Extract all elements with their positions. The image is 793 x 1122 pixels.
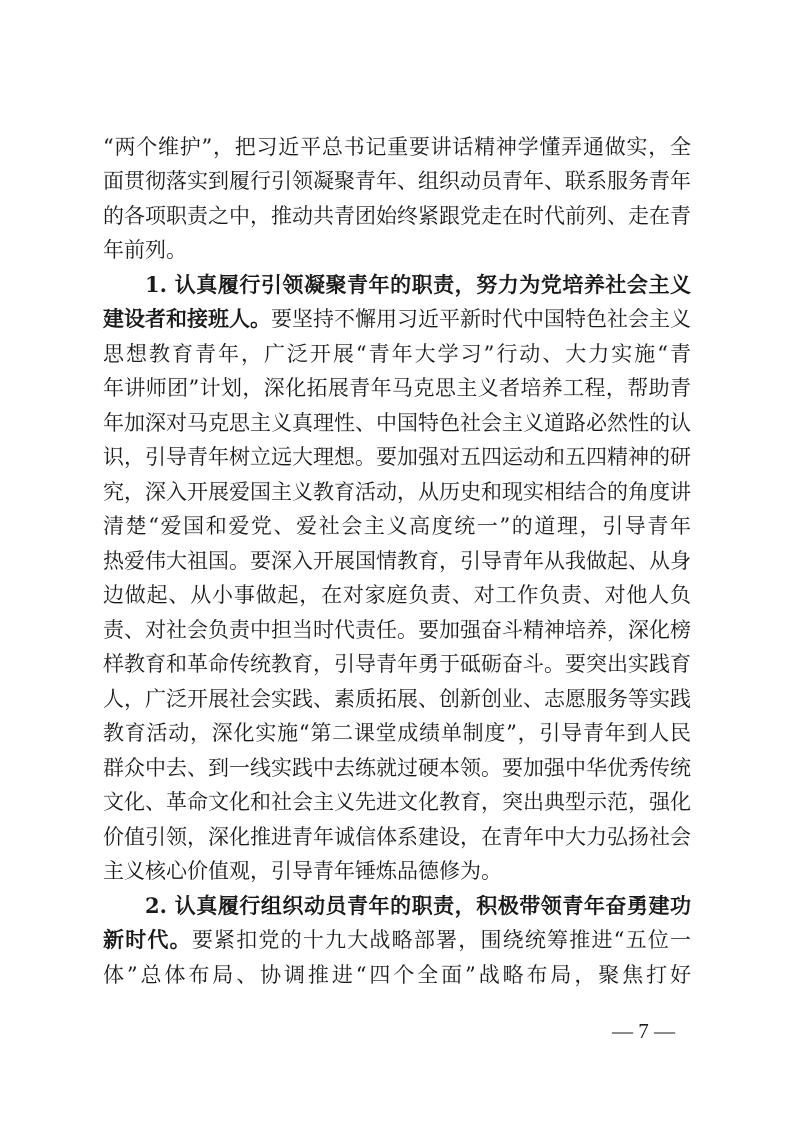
section-heading: 建设者和接班人。 bbox=[103, 306, 271, 331]
text-line: 识，引导青年树立远大理想。要加强对五四运动和五四精神的研 bbox=[103, 440, 691, 474]
text-line: 思想教育青年，广泛开展“青年大学习”行动、大力实施“青 bbox=[103, 337, 691, 371]
line-text: “两个维护”，把习近平总书记重要讲话精神学懂弄通做实，全 bbox=[103, 135, 691, 159]
text-line: 边做起、从小事做起，在对家庭负责、对工作负责、对他人负 bbox=[103, 578, 691, 612]
line-text: 面贯彻落实到履行引领凝聚青年、组织动员青年、联系服务青年 bbox=[103, 169, 691, 193]
line-text: 识，引导青年树立远大理想。要加强对五四运动和五四精神的研 bbox=[103, 445, 691, 469]
line-text: 究，深入开展爱国主义教育活动，从历史和现实相结合的角度讲 bbox=[103, 480, 691, 504]
text-line: 主义核心价值观，引导青年锤炼品德修为。 bbox=[103, 854, 691, 888]
page-number: — 7 — bbox=[612, 1016, 675, 1046]
line-text: 要坚持不懈用习近平新时代中国特色社会主义 bbox=[271, 307, 691, 331]
text-line: 年前列。 bbox=[103, 233, 691, 267]
text-line: 样教育和革命传统教育，引导青年勇于砥砺奋斗。要突出实践育 bbox=[103, 647, 691, 681]
text-line: 建设者和接班人。要坚持不懈用习近平新时代中国特色社会主义 bbox=[103, 302, 691, 336]
text-line: 的各项职责之中，推动共青团始终紧跟党走在时代前列、走在青 bbox=[103, 199, 691, 233]
line-text: 热爱伟大祖国。要深入开展国情教育，引导青年从我做起、从身 bbox=[103, 549, 691, 573]
line-text: 价值引领，深化推进青年诚信体系建设，在青年中大力弘扬社会 bbox=[103, 825, 691, 849]
text-line: 人，广泛开展社会实践、素质拓展、创新创业、志愿服务等实践 bbox=[103, 682, 691, 716]
section-heading: 1. 认真履行引领凝聚青年的职责，努力为党培养社会主义 bbox=[145, 272, 691, 297]
line-text: 年讲师团”计划，深化拓展青年马克思主义者培养工程，帮助青 bbox=[103, 376, 691, 400]
text-line: 面贯彻落实到履行引领凝聚青年、组织动员青年、联系服务青年 bbox=[103, 164, 691, 198]
text-line: 教育活动，深化实施“第二课堂成绩单制度”，引导青年到人民 bbox=[103, 716, 691, 750]
text-line: 年讲师团”计划，深化拓展青年马克思主义者培养工程，帮助青 bbox=[103, 371, 691, 405]
text-line: 新时代。要紧扣党的十九大战略部署，围绕统筹推进“五位一 bbox=[103, 923, 691, 957]
line-text: 边做起、从小事做起，在对家庭负责、对工作负责、对他人负 bbox=[103, 583, 691, 607]
line-text: 年加深对马克思主义真理性、中国特色社会主义道路必然性的认 bbox=[103, 411, 691, 435]
line-text: 主义核心价值观，引导青年锤炼品德修为。 bbox=[103, 859, 502, 883]
section-heading: 新时代。 bbox=[103, 927, 192, 952]
text-line: 群众中去、到一线实践中去练就过硬本领。要加强中华优秀传统 bbox=[103, 751, 691, 785]
line-text: 的各项职责之中，推动共青团始终紧跟党走在时代前列、走在青 bbox=[103, 204, 691, 228]
text-line: 2. 认真履行组织动员青年的职责，积极带领青年奋勇建功 bbox=[145, 889, 691, 923]
text-line: 体”总体布局、协调推进“四个全面”战略布局，聚焦打好 bbox=[103, 958, 691, 992]
line-text: 清楚“爱国和爱党、爱社会主义高度统一”的道理，引导青年 bbox=[103, 514, 691, 538]
text-line: 年加深对马克思主义真理性、中国特色社会主义道路必然性的认 bbox=[103, 406, 691, 440]
text-line: 1. 认真履行引领凝聚青年的职责，努力为党培养社会主义 bbox=[145, 268, 691, 302]
line-text: 群众中去、到一线实践中去练就过硬本领。要加强中华优秀传统 bbox=[103, 756, 691, 780]
text-line: 究，深入开展爱国主义教育活动，从历史和现实相结合的角度讲 bbox=[103, 475, 691, 509]
text-line: 责、对社会负责中担当时代责任。要加强奋斗精神培养，深化榜 bbox=[103, 613, 691, 647]
section-heading: 2. 认真履行组织动员青年的职责，积极带领青年奋勇建功 bbox=[145, 893, 691, 918]
text-line: 清楚“爱国和爱党、爱社会主义高度统一”的道理，引导青年 bbox=[103, 509, 691, 543]
line-text: 教育活动，深化实施“第二课堂成绩单制度”，引导青年到人民 bbox=[103, 721, 691, 745]
line-text: 责、对社会负责中担当时代责任。要加强奋斗精神培养，深化榜 bbox=[103, 618, 691, 642]
line-text: 思想教育青年，广泛开展“青年大学习”行动、大力实施“青 bbox=[103, 342, 691, 366]
line-text: 文化、革命文化和社会主义先进文化教育，突出典型示范，强化 bbox=[103, 790, 691, 814]
line-text: 样教育和革命传统教育，引导青年勇于砥砺奋斗。要突出实践育 bbox=[103, 652, 691, 676]
document-page: “两个维护”，把习近平总书记重要讲话精神学懂弄通做实，全面贯彻落实到履行引领凝聚… bbox=[0, 0, 793, 1122]
line-text: 人，广泛开展社会实践、素质拓展、创新创业、志愿服务等实践 bbox=[103, 687, 691, 711]
text-line: 价值引领，深化推进青年诚信体系建设，在青年中大力弘扬社会 bbox=[103, 820, 691, 854]
line-text: 年前列。 bbox=[103, 238, 187, 262]
text-line: “两个维护”，把习近平总书记重要讲话精神学懂弄通做实，全 bbox=[103, 130, 691, 164]
text-line: 文化、革命文化和社会主义先进文化教育，突出典型示范，强化 bbox=[103, 785, 691, 819]
line-text: 体”总体布局、协调推进“四个全面”战略布局，聚焦打好 bbox=[103, 963, 691, 987]
line-text: 要紧扣党的十九大战略部署，围绕统筹推进“五位一 bbox=[192, 928, 691, 952]
text-line: 热爱伟大祖国。要深入开展国情教育，引导青年从我做起、从身 bbox=[103, 544, 691, 578]
